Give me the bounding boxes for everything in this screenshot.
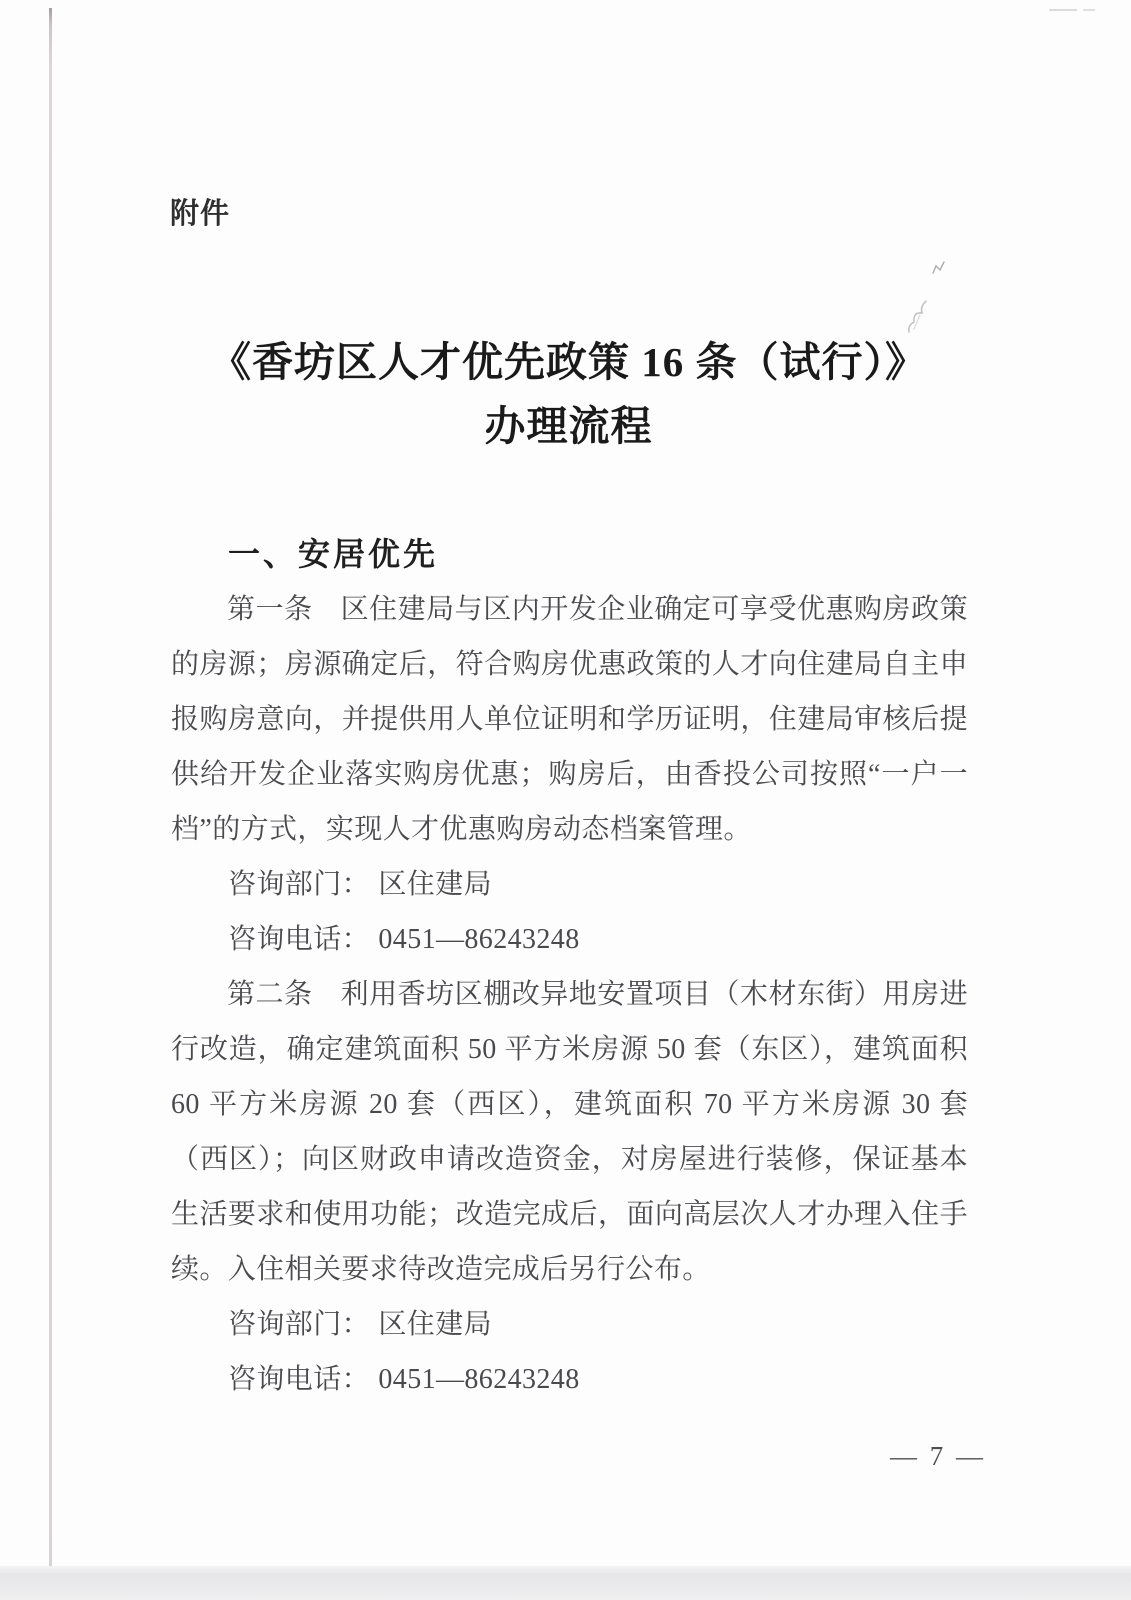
article-1-contact-phone-line: 咨询电话：0451—86243248 <box>171 912 968 967</box>
article-1-number-label: 第一条 <box>227 594 313 625</box>
article-2-body-text: 利用香坊区棚改异地安置项目（木材东街）用房进行改造，确定建筑面积 50 平方米房… <box>171 979 968 1285</box>
article-2-contact-department-line: 咨询部门：区住建局 <box>171 1297 968 1352</box>
article-1-phone-label: 咨询电话： <box>228 924 370 955</box>
article-2-contact-phone-line: 咨询电话：0451—86243248 <box>171 1352 968 1407</box>
article-2-number-label: 第二条 <box>227 979 313 1010</box>
scan-artifact-left-fold-line <box>49 8 52 1567</box>
document-title-line-2: 办理流程 <box>170 394 967 458</box>
article-2-phone-value: 0451—86243248 <box>378 1364 579 1395</box>
document-title-line-1: 《香坊区人才优先政策 16 条（试行）》 <box>170 330 967 394</box>
article-1-contact-department-line: 咨询部门：区住建局 <box>171 857 968 912</box>
attachment-label: 附件 <box>170 198 230 230</box>
document-title: 《香坊区人才优先政策 16 条（试行）》 办理流程 <box>170 330 967 458</box>
section-heading: 一、安居优先 <box>228 527 968 582</box>
scan-artifact-bottom-page-edge <box>0 1566 1131 1600</box>
article-2-department-value: 区住建局 <box>378 1309 492 1340</box>
article-2-phone-label: 咨询电话： <box>228 1364 370 1395</box>
article-1-department-value: 区住建局 <box>378 869 492 900</box>
article-1-body-text: 区住建局与区内开发企业确定可享受优惠购房政策的房源；房源确定后，符合购房优惠政策… <box>171 594 968 845</box>
article-1-paragraph: 第一条区住建局与区内开发企业确定可享受优惠购房政策的房源；房源确定后，符合购房优… <box>171 582 968 857</box>
article-1-phone-value: 0451—86243248 <box>378 924 579 955</box>
page-number: — 7 — <box>890 1441 986 1471</box>
scanned-document-page: 附件 《香坊区人才优先政策 16 条（试行）》 办理流程 一、安居优先 第一条区… <box>0 0 1131 1600</box>
scan-artifact-top-right-line <box>1049 9 1095 11</box>
article-2-department-label: 咨询部门： <box>228 1309 370 1340</box>
article-2-paragraph: 第二条利用香坊区棚改异地安置项目（木材东街）用房进行改造，确定建筑面积 50 平… <box>171 967 968 1297</box>
document-body: 一、安居优先 第一条区住建局与区内开发企业确定可享受优惠购房政策的房源；房源确定… <box>171 527 968 1407</box>
article-1-department-label: 咨询部门： <box>228 869 370 900</box>
